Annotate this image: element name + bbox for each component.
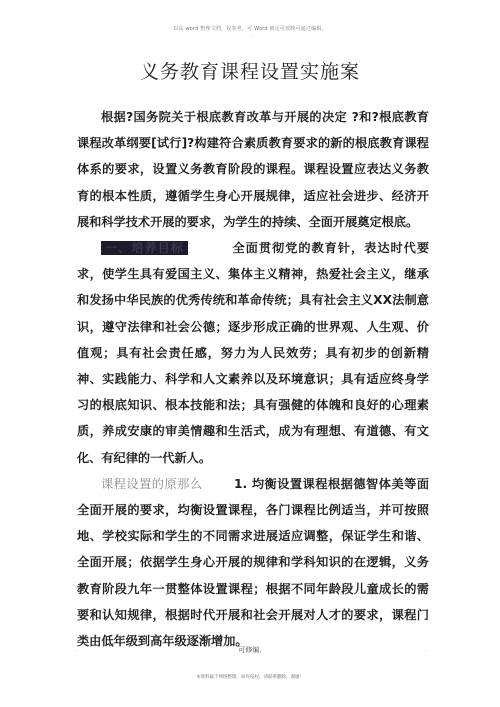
goals-text: 全面贯彻党的教育针，表达时代要求，使学生具有爱国主义、集体主义精神，热爱社会主义… — [77, 241, 429, 465]
header-dot: · — [251, 33, 253, 39]
document-title: 义务教育课程设置实施案 — [0, 57, 500, 84]
paragraph-intro: 根据?国务院关于根底教育改革与开展的决定 ?和?根底教育课程改革纲要[试行]?构… — [77, 104, 429, 235]
paragraph-goals: 一、培养目标 全面贯彻党的教育针，表达时代要求，使学生具有爱国主义、集体主义精神… — [77, 235, 429, 471]
footer-mark: 可修编. — [0, 645, 500, 655]
header-note: 以高 word 整理文档，仅参考，可 Word 就足可放映可通过编辑。 — [0, 25, 500, 32]
paragraph-principles: 课程设置的原那么 1. 均衡设置课程根据德智体美等面全面开展的要求，均衡设置课程… — [77, 471, 429, 654]
section-heading-principles: 课程设置的原那么 — [101, 477, 203, 491]
section-heading-goals: 一、培养目标 — [101, 241, 188, 255]
document-body: 根据?国务院关于根底教育改革与开展的决定 ?和?根底教育课程改革纲要[试行]?构… — [77, 104, 429, 654]
footer-note: 本资料属于网络整理，如有侵权，请联系删除，谢谢！ — [0, 674, 500, 680]
principles-text: 1. 均衡设置课程根据德智体美等面全面开展的要求，均衡设置课程，各门课程比例适当… — [77, 477, 429, 648]
